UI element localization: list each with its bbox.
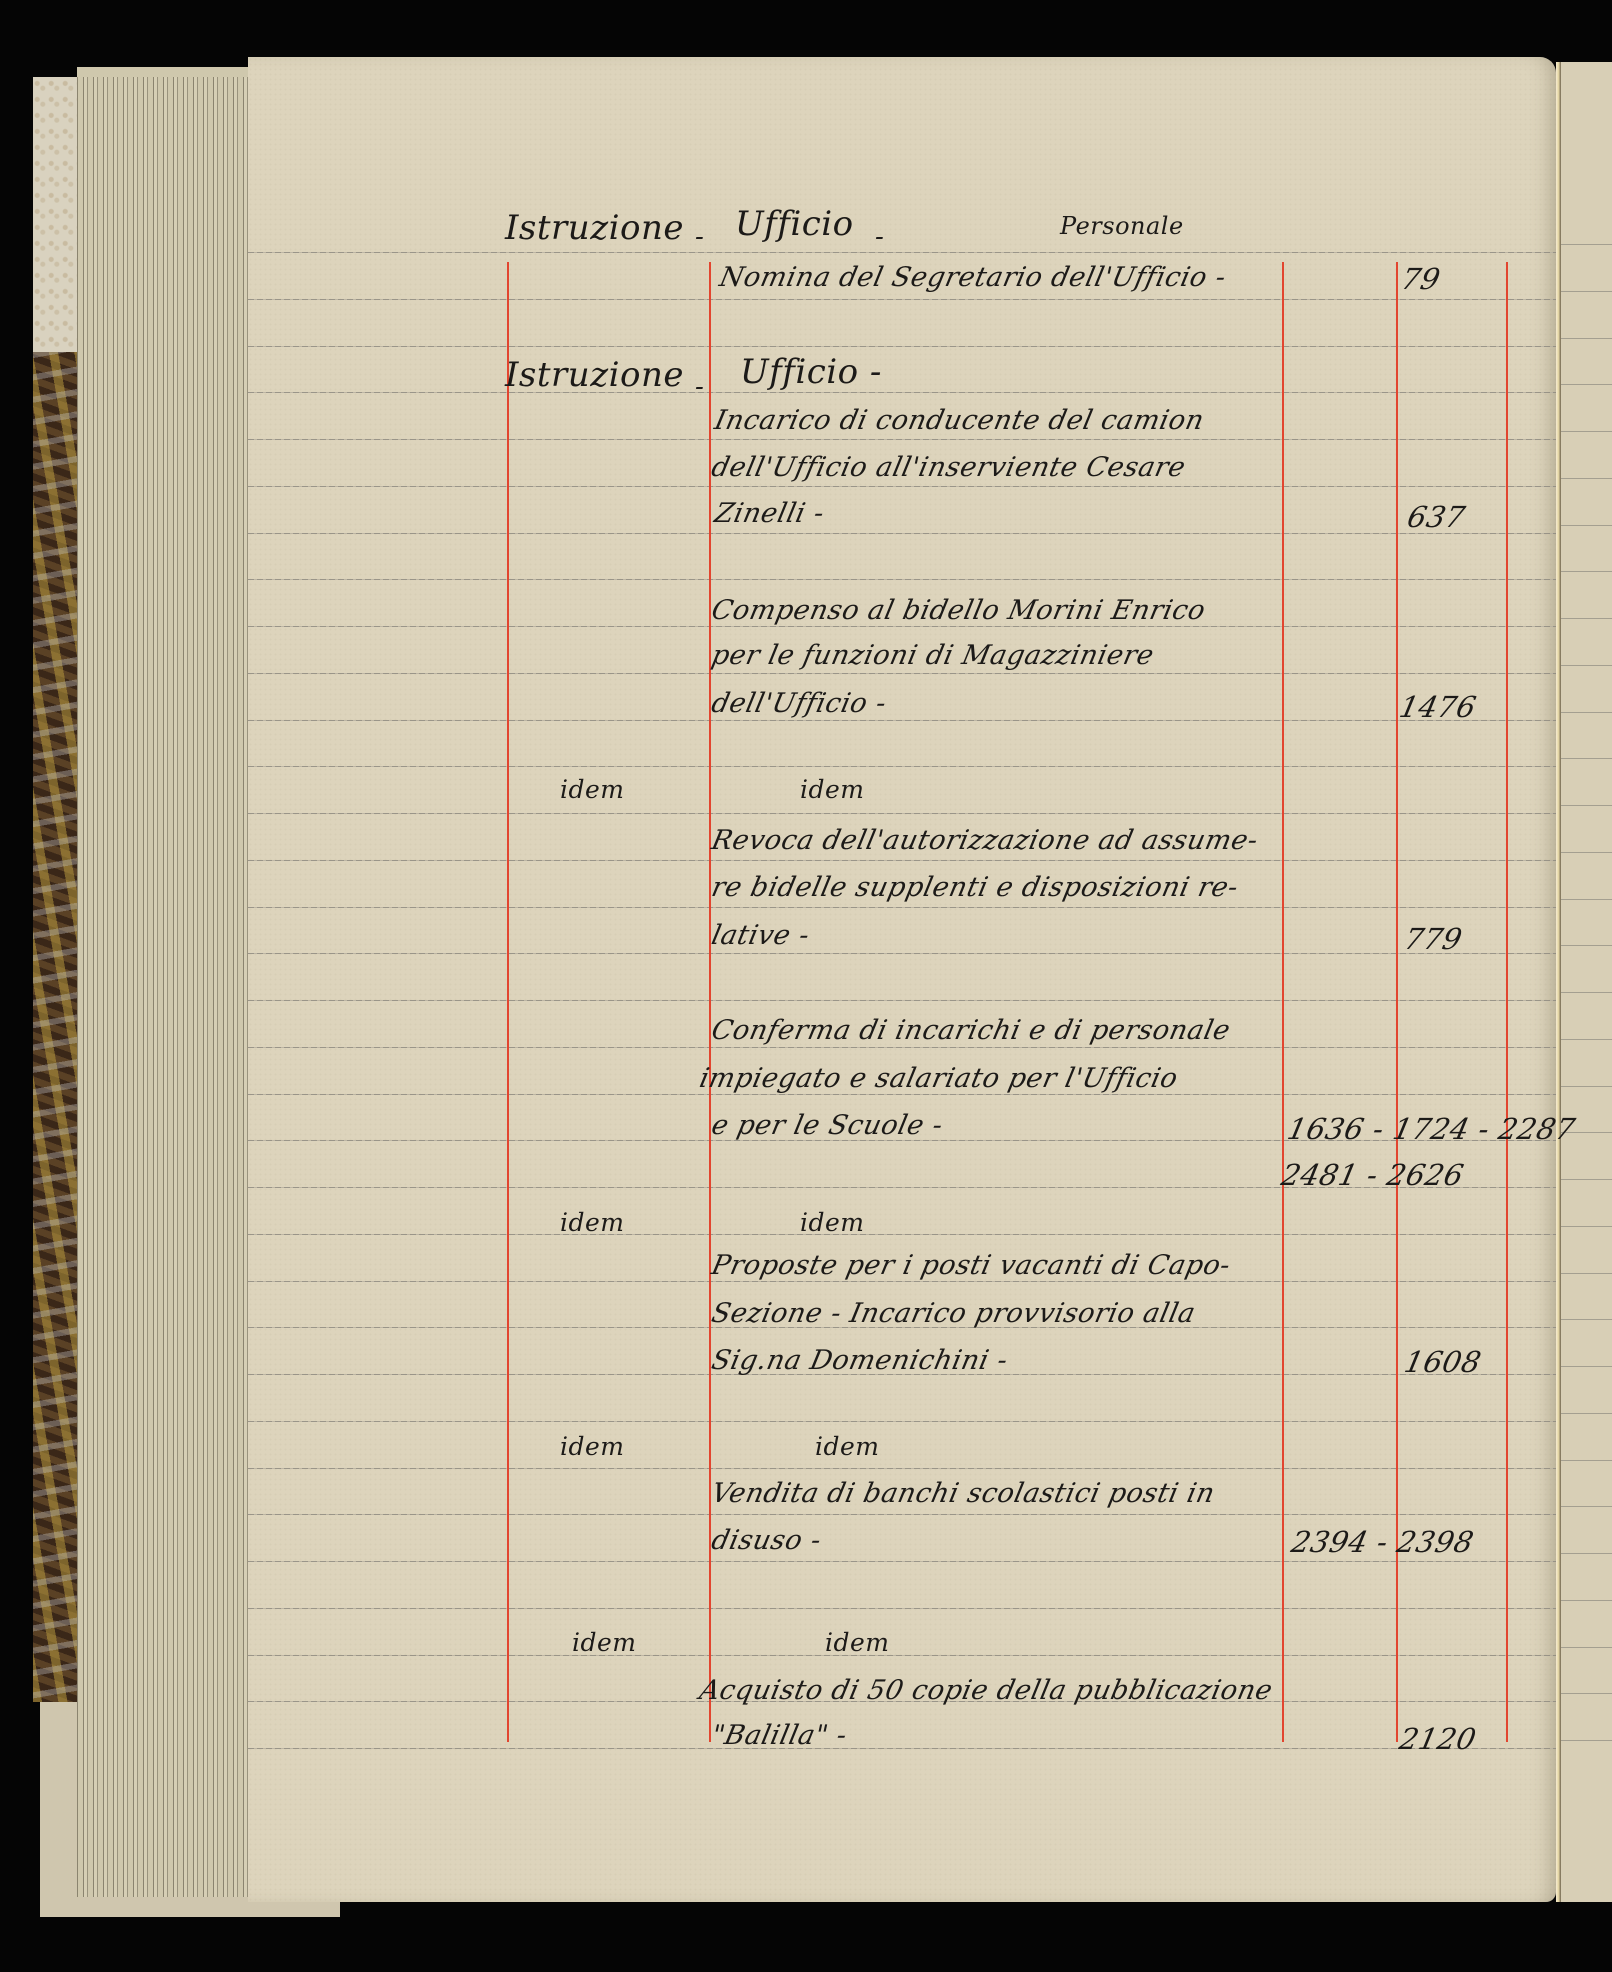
- column-line-refs-left: [1282, 262, 1284, 1742]
- entry-subject: idem: [572, 1628, 637, 1657]
- ruled-line: [248, 1514, 1556, 1515]
- entry-category: idem: [815, 1432, 880, 1461]
- facing-page-ruled-line: [1561, 1506, 1612, 1507]
- entry-text-line: "Balilla" -: [709, 1720, 850, 1751]
- entry-text-line: impiegato e salariato per l'Ufficio: [697, 1063, 1181, 1094]
- column-line-pages-left: [1396, 262, 1398, 1742]
- entry-subject: idem: [560, 1208, 625, 1237]
- facing-page-ruled-line: [1561, 1647, 1612, 1648]
- facing-page-ruled-line: [1561, 338, 1612, 339]
- ruled-line: [248, 299, 1556, 300]
- ruled-line: [248, 1748, 1556, 1749]
- facing-page-ruled-line: [1561, 1553, 1612, 1554]
- entry-text-line: Sezione - Incarico provvisorio alla: [709, 1298, 1199, 1329]
- entry-text-line: Sig.na Domenichini -: [709, 1345, 1011, 1376]
- facing-page-ruled-line: [1561, 712, 1612, 713]
- ruled-line: [248, 720, 1556, 721]
- entry-page-ref: 1476: [1396, 690, 1479, 724]
- entry-text-line: dell'Ufficio -: [709, 688, 890, 719]
- facing-page-ruled-line: [1561, 431, 1612, 432]
- entry-page-refs: 1636 - 1724 - 2287: [1284, 1112, 1578, 1146]
- marbled-cover-edge: [33, 352, 79, 1702]
- facing-page-ruled-line: [1561, 244, 1612, 245]
- entry-page-ref: 1608: [1401, 1345, 1484, 1379]
- entry-category: idem: [800, 1208, 865, 1237]
- ruled-line: [248, 392, 1556, 393]
- ruled-line: [248, 1094, 1556, 1095]
- ruled-line: [248, 766, 1556, 767]
- entry-text-line: Incarico di conducente del camion: [712, 405, 1207, 436]
- entry-text-line: per le funzioni di Magazziniere: [709, 640, 1157, 671]
- facing-page-ruled-line: [1561, 1039, 1612, 1040]
- ruled-line: [248, 673, 1556, 674]
- column-line-description-left: [709, 262, 711, 1742]
- ruled-line: [248, 1468, 1556, 1469]
- entry-page-ref: 79: [1398, 262, 1443, 296]
- facing-page-ruled-line: [1561, 1319, 1612, 1320]
- facing-page-ruled-line: [1561, 1693, 1612, 1694]
- book-cover-vellum: [33, 77, 80, 352]
- facing-page-ruled-line: [1561, 805, 1612, 806]
- entry-page-ref: 637: [1404, 500, 1468, 534]
- entry-subject: idem: [560, 775, 625, 804]
- facing-page-ruled-line: [1561, 1413, 1612, 1414]
- entry-text-line: Revoca dell'autorizzazione ad assume-: [709, 825, 1261, 856]
- entry-text-line: Zinelli -: [712, 498, 827, 529]
- facing-page-ruled-line: [1561, 571, 1612, 572]
- ruled-line: [248, 907, 1556, 908]
- ruled-line: [248, 439, 1556, 440]
- ruled-line: [248, 252, 1556, 253]
- entry-page-ref: 2120: [1396, 1722, 1479, 1756]
- entry-subject: Istruzione: [505, 355, 684, 395]
- entry-subject: Istruzione: [505, 208, 684, 248]
- entry-subject: idem: [560, 1432, 625, 1461]
- ruled-line: [248, 1655, 1556, 1656]
- facing-page-ruled-line: [1561, 1600, 1612, 1601]
- ruled-line: [248, 1561, 1556, 1562]
- facing-page-ruled-line: [1561, 291, 1612, 292]
- entry-text-line: Vendita di banchi scolastici posti in: [709, 1478, 1218, 1509]
- entry-text-line: Nomina del Segretario dell'Ufficio -: [717, 262, 1229, 293]
- facing-page-ruled-line: [1561, 1366, 1612, 1367]
- entry-subcategory: Personale: [1060, 212, 1184, 240]
- facing-page-ruled-line: [1561, 852, 1612, 853]
- ruled-line: [248, 486, 1556, 487]
- facing-page-ruled-line: [1561, 384, 1612, 385]
- facing-page-ruled-line: [1561, 1740, 1612, 1741]
- entry-category: idem: [800, 775, 865, 804]
- ruled-line: [248, 1421, 1556, 1422]
- facing-page-ruled-line: [1561, 1179, 1612, 1180]
- facing-page-ruled-line: [1561, 945, 1612, 946]
- ruled-line: [248, 860, 1556, 861]
- column-line-right: [1506, 262, 1508, 1742]
- ruled-line: [248, 813, 1556, 814]
- facing-page-ruled-line: [1561, 618, 1612, 619]
- page-stack-edges: [77, 77, 250, 1897]
- entry-text-line: dell'Ufficio all'inserviente Cesare: [709, 452, 1189, 483]
- ruled-line: [248, 953, 1556, 954]
- facing-page-ruled-line: [1561, 1086, 1612, 1087]
- entry-text-line: Proposte per i posti vacanti di Capo-: [709, 1250, 1234, 1281]
- entry-text-line: Compenso al bidello Morini Enrico: [709, 595, 1209, 626]
- ruled-line: [248, 1234, 1556, 1235]
- facing-page-ruled-line: [1561, 1273, 1612, 1274]
- facing-page-ruled-line: [1561, 992, 1612, 993]
- ruled-line: [248, 626, 1556, 627]
- page-stack-top: [77, 57, 249, 79]
- ruled-line: [248, 346, 1556, 347]
- entry-text-line: Acquisto di 50 copie della pubblicazione: [697, 1675, 1276, 1706]
- separator: -: [695, 222, 704, 252]
- facing-page-ruled-line: [1561, 1460, 1612, 1461]
- entry-category: Ufficio -: [740, 352, 882, 392]
- separator: -: [875, 222, 884, 252]
- ruled-line: [248, 1281, 1556, 1282]
- ruled-line: [248, 533, 1556, 534]
- entry-page-refs-line2: 2481 - 2626: [1278, 1158, 1467, 1192]
- entry-category: idem: [825, 1628, 890, 1657]
- facing-page-ruled-line: [1561, 899, 1612, 900]
- ruled-line: [248, 1608, 1556, 1609]
- entry-text-line: e per le Scuole -: [709, 1110, 946, 1141]
- ruled-line: [248, 1047, 1556, 1048]
- entry-page-ref: 779: [1401, 922, 1465, 956]
- entry-text-line: lative -: [709, 920, 813, 951]
- ruled-line: [248, 1000, 1556, 1001]
- facing-page-ruled-line: [1561, 1226, 1612, 1227]
- ledger-page: [248, 57, 1556, 1902]
- separator: -: [695, 372, 704, 402]
- entry-category: Ufficio: [735, 204, 854, 244]
- entry-text-line: disuso -: [709, 1525, 825, 1556]
- facing-page-ruled-line: [1561, 665, 1612, 666]
- entry-text-line: re bidelle supplenti e disposizioni re-: [709, 872, 1242, 903]
- column-line-subject-left: [507, 262, 509, 1742]
- facing-page-ruled-line: [1561, 478, 1612, 479]
- entry-page-refs: 2394 - 2398: [1288, 1525, 1477, 1559]
- facing-page-ruled-line: [1561, 525, 1612, 526]
- ruled-line: [248, 579, 1556, 580]
- entry-text-line: Conferma di incarichi e di personale: [709, 1015, 1234, 1046]
- facing-page-ruled-line: [1561, 758, 1612, 759]
